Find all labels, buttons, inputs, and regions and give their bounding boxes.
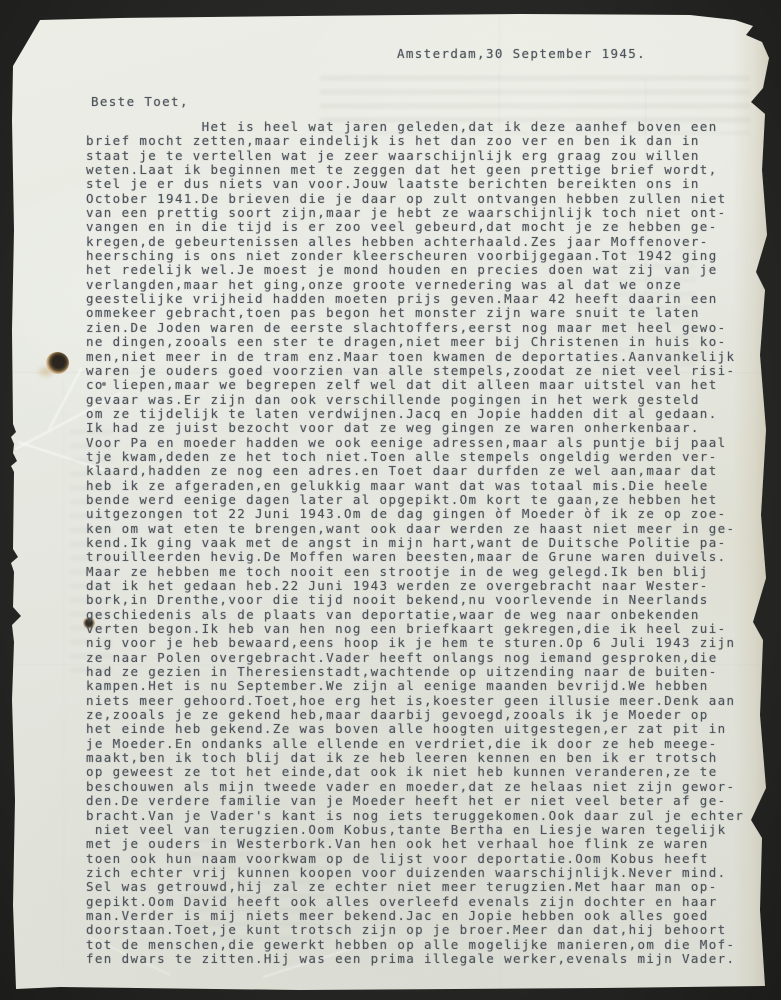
corner-crease [48,367,82,430]
letter-body: Het is heel wat jaren geleden,dat ik dez… [86,120,744,966]
vertical-crease-left [62,380,64,980]
paper-hole [46,352,69,374]
paper-sheet: Amsterdam,30 September 1945. Beste Toet,… [0,0,781,1000]
photographed-letter-scan: Amsterdam,30 September 1945. Beste Toet,… [0,0,781,1000]
dateline: Amsterdam,30 September 1945. [397,47,646,61]
salutation: Beste Toet, [91,95,189,109]
